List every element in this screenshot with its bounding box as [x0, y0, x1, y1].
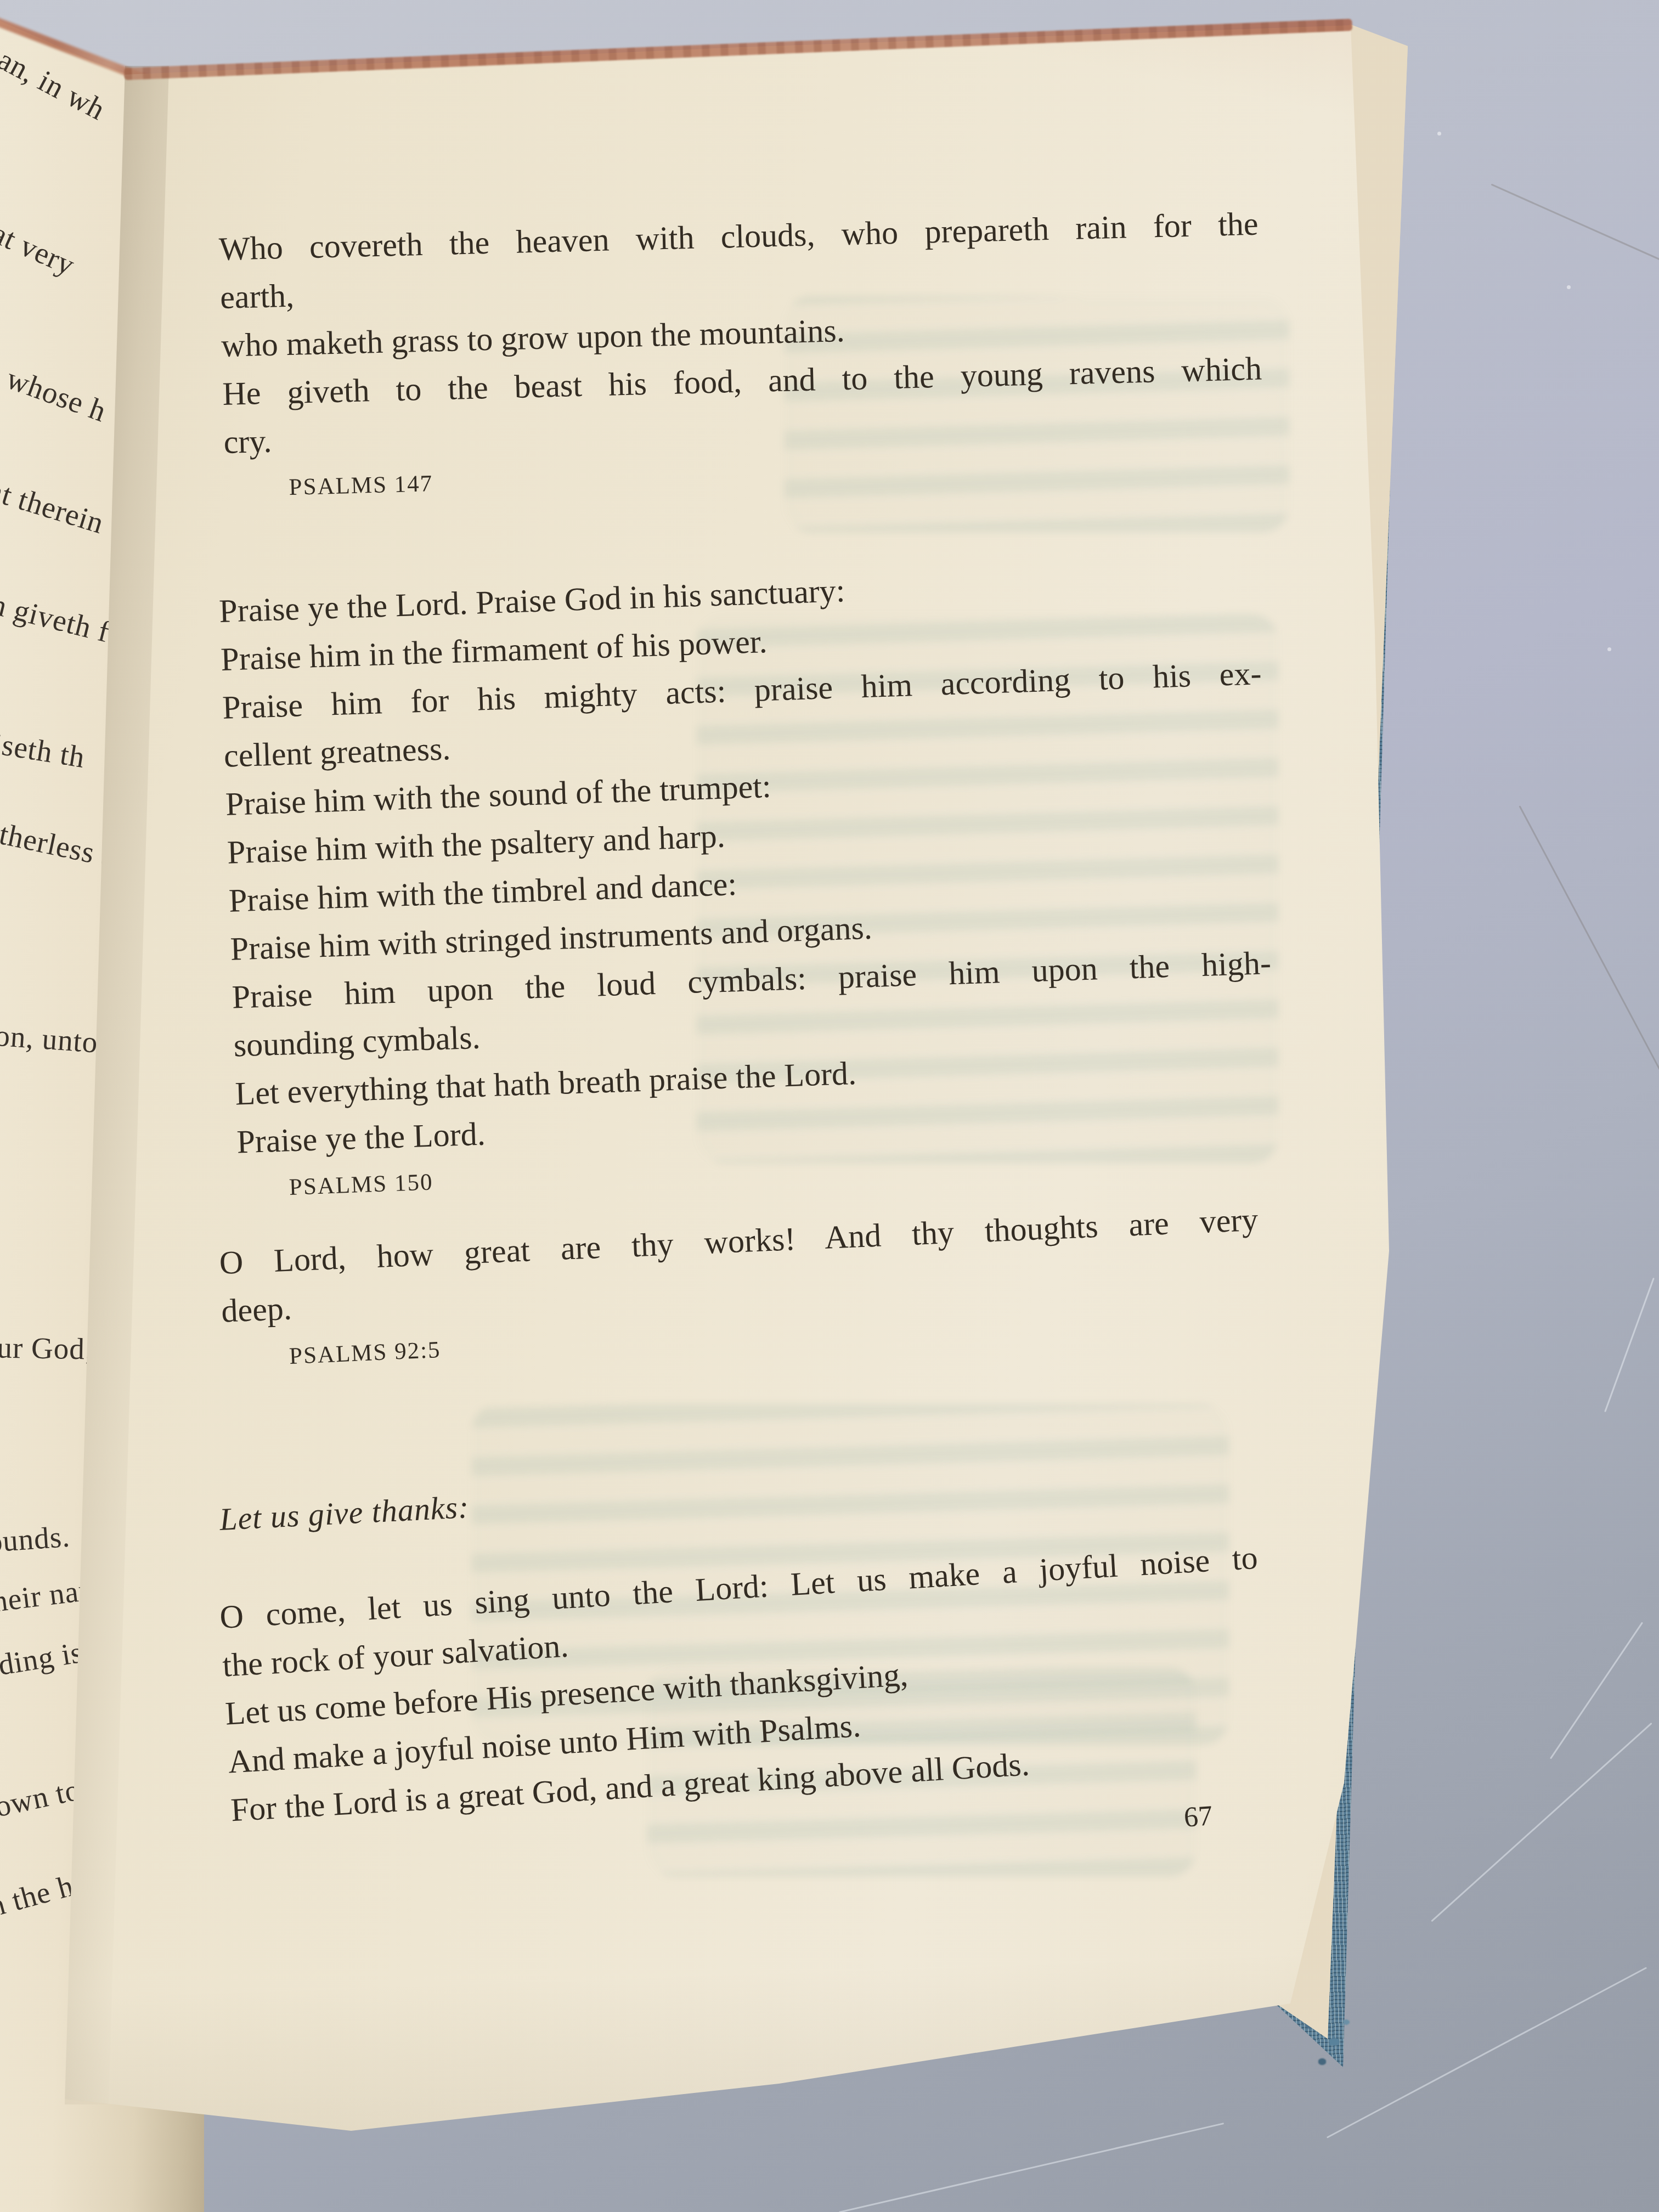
book-photo-scene: man, in whthat veryp, whose hhat therein…: [0, 0, 1659, 2212]
surface-scratch: [1327, 1967, 1647, 2138]
surface-scratch: [1604, 1278, 1655, 1412]
surface-speck: [1437, 132, 1441, 136]
page-number: 67: [1183, 1799, 1214, 1833]
surface-scratch: [1519, 805, 1659, 1116]
surface-scratch: [1431, 1723, 1652, 1922]
surface-speck: [1567, 285, 1571, 289]
surface-scratch: [839, 2123, 1224, 2212]
text-column: Who covereth the heaven with clouds, who…: [218, 215, 1258, 1835]
verse-block: Who covereth the heaven with clouds, who…: [218, 200, 1263, 466]
surface-scratch: [1491, 184, 1659, 279]
surface-scratch: [1550, 1622, 1643, 1759]
verse-block: O come, let us sing unto the Lord: Let u…: [218, 1533, 1270, 1834]
verse-block: Praise ye the Lord. Praise God in his sa…: [218, 552, 1277, 1166]
left-page-text-fragment: our God;: [0, 1330, 94, 1367]
rubric-heading: Let us give thanks:: [218, 1443, 1259, 1544]
surface-speck: [1607, 647, 1611, 651]
spine-fray: [1298, 2006, 1358, 2072]
